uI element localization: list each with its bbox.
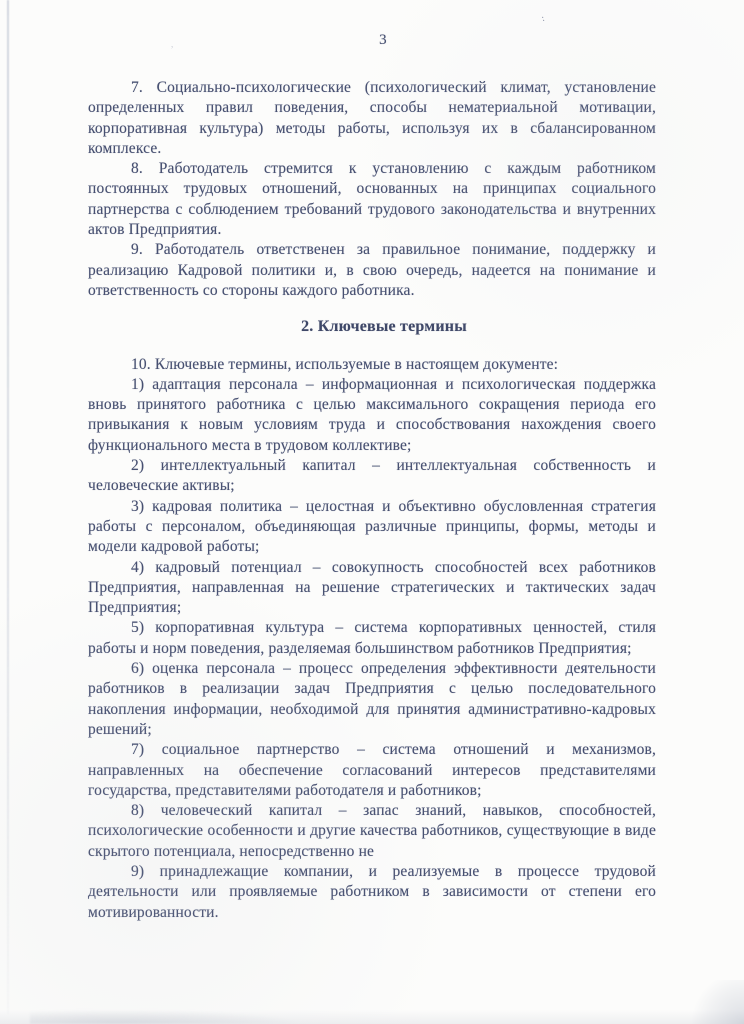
term-item-9: 9) принадлежащие компании, и реализуемые…: [88, 862, 656, 923]
scan-noise-bottom-left: [30, 1008, 320, 1024]
term-item-5: 5) корпоративная культура – система корп…: [88, 618, 656, 659]
term-item-8: 8) человеческий капитал – запас знаний, …: [88, 801, 656, 862]
paragraph-9: 9. Работодатель ответственен за правильн…: [88, 240, 656, 301]
paragraph-7: 7. Социально-психологические (психологич…: [88, 78, 656, 159]
term-item-7: 7) социальное партнерство – система отно…: [88, 740, 656, 801]
term-item-6: 6) оценка персонала – процесс определени…: [88, 659, 656, 740]
term-item-3: 3) кадровая политика – целостная и объек…: [88, 497, 656, 558]
scan-shadow-bottom: [0, 1010, 744, 1024]
term-item-4: 4) кадровый потенциал – совокупность спо…: [88, 558, 656, 619]
paragraph-8: 8. Работодатель стремится к установлению…: [88, 159, 656, 240]
page-number: 3: [99, 33, 667, 48]
document-content: 3 7. Социально-психологические (психолог…: [88, 33, 656, 923]
scan-speck-top-right: ·.: [541, 14, 543, 24]
term-item-2: 2) интеллектуальный капитал – интеллекту…: [88, 456, 656, 497]
scan-noise-bottom-right: [692, 980, 744, 1024]
terms-intro: 10. Ключевые термины, используемые в нас…: [88, 355, 656, 375]
paper-edge-line: [7, 0, 9, 1014]
section-heading: 2. Ключевые термины: [100, 317, 668, 337]
scanned-document-page: ·. , 3 7. Социально-психологические (пси…: [0, 0, 744, 1024]
term-item-1: 1) адаптация персонала – информационная …: [88, 375, 656, 456]
